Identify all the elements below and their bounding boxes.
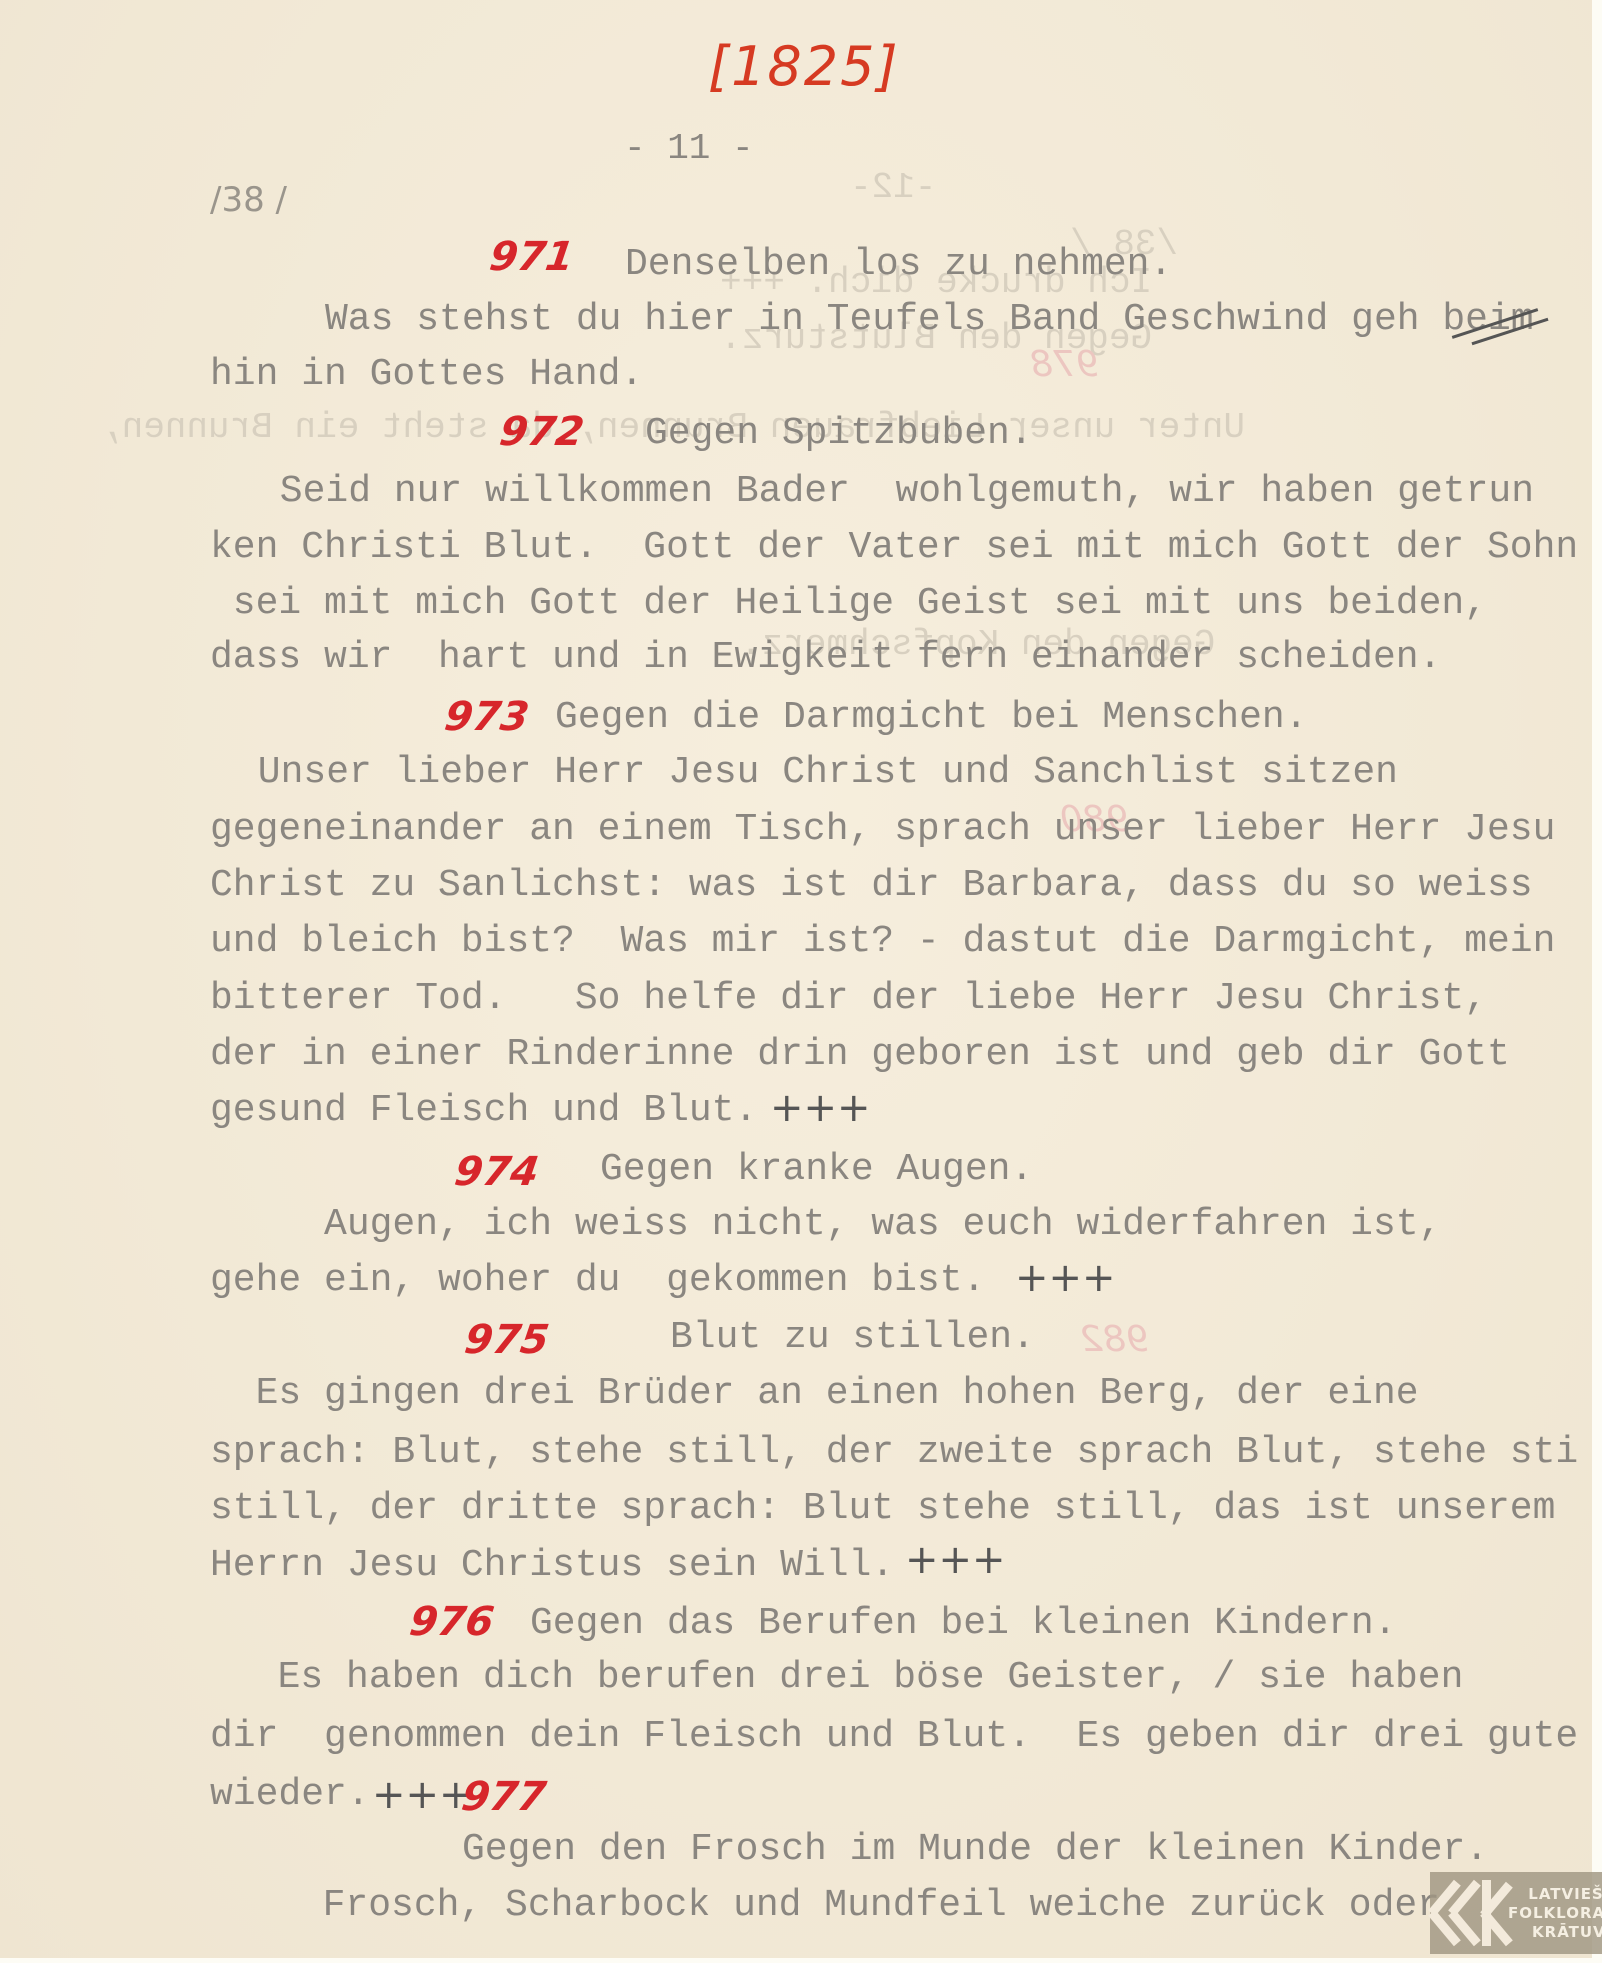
- text-line: sprach: Blut, stehe still, der zweite sp…: [210, 1433, 1578, 1473]
- text-line: sei mit mich Gott der Heilige Geist sei …: [210, 584, 1487, 624]
- text-line: dass wir hart und in Ewigkeit fern einan…: [210, 638, 1441, 678]
- entry-number: 971: [487, 235, 577, 279]
- text-line: Augen, ich weiss nicht, was euch widerfa…: [210, 1205, 1441, 1245]
- text-line: gesund Fleisch und Blut.: [210, 1091, 757, 1131]
- page-number: - 11 -: [624, 128, 754, 169]
- bleed-number: 982: [1080, 1320, 1149, 1360]
- text-line: der in einer Rinderinne drin geboren ist…: [210, 1035, 1510, 1075]
- text-line: dir genommen dein Fleisch und Blut. Es g…: [210, 1717, 1578, 1757]
- text-line: Unser lieber Herr Jesu Christ und Sanchl…: [235, 753, 1398, 793]
- text-line: und bleich bist? Was mir ist? - dastut d…: [210, 922, 1555, 962]
- text-line: ken Christi Blut. Gott der Vater sei mit…: [210, 528, 1578, 568]
- text-line: wieder.: [210, 1775, 370, 1815]
- text-line: gegeneinander an einem Tisch, sprach uns…: [210, 810, 1555, 850]
- archive-logo: LATVIEŠU FOLKLORAS KRĀTUVE: [1430, 1872, 1602, 1954]
- entry-number: 977: [459, 1775, 549, 1819]
- text-line: Es gingen drei Brüder an einen hohen Ber…: [210, 1374, 1419, 1414]
- entry-title: Blut zu stillen.: [670, 1318, 1035, 1358]
- entry-number: 972: [497, 410, 587, 454]
- scan-border-bottom: [0, 1958, 1602, 1963]
- entry-number: 974: [452, 1150, 542, 1194]
- text-line: still, der dritte sprach: Blut stehe sti…: [210, 1489, 1555, 1529]
- logo-line: KRĀTUVE: [1508, 1923, 1602, 1942]
- entry-title: Gegen kranke Augen.: [600, 1150, 1033, 1190]
- text-line: Frosch, Scharbock und Mundfeil weiche zu…: [277, 1886, 1440, 1926]
- cross-mark: +++: [1015, 1258, 1116, 1298]
- text-line: Christ zu Sanlichst: was ist dir Barbara…: [210, 866, 1533, 906]
- entry-title: Gegen den Frosch im Munde der kleinen Ki…: [462, 1830, 1488, 1870]
- entry-number: 976: [407, 1600, 497, 1644]
- lfk-logo-icon: [1430, 1872, 1508, 1954]
- text-line: bitterer Tod. So helfe dir der liebe Her…: [210, 979, 1487, 1019]
- text-line: hin in Gottes Hand.: [210, 355, 643, 395]
- cross-mark: +++: [905, 1540, 1006, 1580]
- bleed-number: 978: [1030, 345, 1099, 385]
- folio-number: /38 /: [210, 180, 287, 220]
- cross-mark: +++: [770, 1088, 871, 1128]
- text-line: Es haben dich berufen drei böse Geister,…: [232, 1658, 1463, 1698]
- text-line: gehe ein, woher du gekommen bist.: [210, 1261, 985, 1301]
- entry-number: 973: [442, 695, 532, 739]
- logo-line: FOLKLORAS: [1508, 1904, 1602, 1923]
- text-line: Seid nur willkommen Bader wohlgemuth, wi…: [257, 472, 1534, 512]
- entry-number: 975: [462, 1318, 552, 1362]
- bleed-page-number: -12-: [850, 168, 936, 208]
- entry-title: Denselben los zu nehmen.: [625, 245, 1172, 285]
- entry-title: Gegen das Berufen bei kleinen Kindern.: [530, 1604, 1397, 1644]
- logo-text: LATVIEŠU FOLKLORAS KRĀTUVE: [1508, 1885, 1602, 1942]
- scan-border-right: [1592, 0, 1602, 1963]
- logo-line: LATVIEŠU: [1508, 1885, 1602, 1904]
- cross-mark: +++: [372, 1775, 473, 1815]
- entry-title: Gegen Spitzbuben.: [645, 414, 1033, 454]
- archive-number: [1825]: [708, 32, 900, 102]
- text-line: Herrn Jesu Christus sein Will.: [210, 1546, 894, 1586]
- entry-title: Gegen die Darmgicht bei Menschen.: [555, 698, 1308, 738]
- text-line: Was stehst du hier in Teufels Band Gesch…: [325, 300, 1534, 340]
